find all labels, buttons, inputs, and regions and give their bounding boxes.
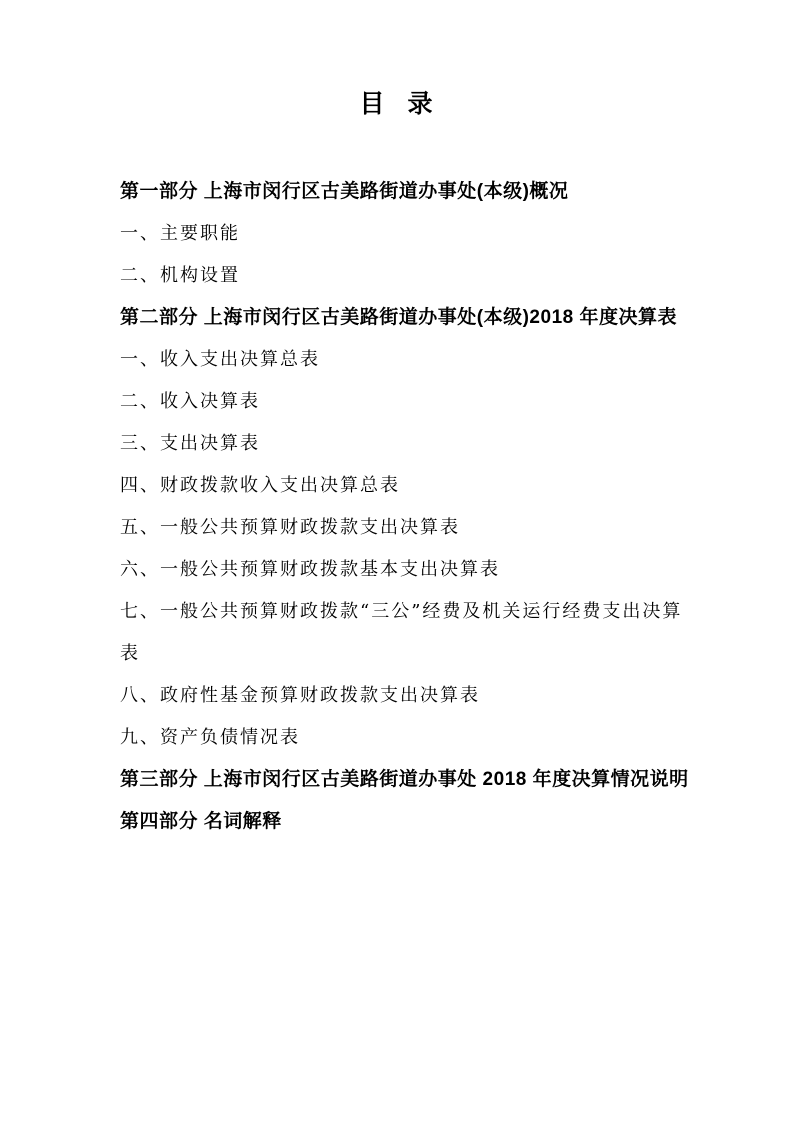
toc-part-1-item-2: 二、机构设置 [120, 255, 695, 297]
toc-part-2-item-5: 五、一般公共预算财政拨款支出决算表 [120, 507, 695, 549]
table-of-contents: 第一部分 上海市闵行区古美路街道办事处(本级)概况 一、主要职能 二、机构设置 … [120, 171, 695, 843]
toc-part-2-item-8: 八、政府性基金预算财政拨款支出决算表 [120, 675, 695, 717]
toc-part-2-item-6: 六、一般公共预算财政拨款基本支出决算表 [120, 549, 695, 591]
toc-part-2-item-7: 七、一般公共预算财政拨款“三公”经费及机关运行经费支出决算表 [120, 591, 695, 675]
toc-part-2-item-1: 一、收入支出决算总表 [120, 339, 695, 381]
toc-part-3-heading: 第三部分 上海市闵行区古美路街道办事处 2018 年度决算情况说明 [120, 759, 695, 801]
toc-part-4-heading: 第四部分 名词解释 [120, 801, 695, 843]
toc-part-1-item-1: 一、主要职能 [120, 213, 695, 255]
toc-part-2-item-4: 四、财政拨款收入支出决算总表 [120, 465, 695, 507]
toc-part-1-heading: 第一部分 上海市闵行区古美路街道办事处(本级)概况 [120, 171, 695, 213]
toc-part-2-heading: 第二部分 上海市闵行区古美路街道办事处(本级)2018 年度决算表 [120, 297, 695, 339]
page-title: 目 录 [0, 88, 793, 121]
toc-part-2-item-9: 九、资产负债情况表 [120, 717, 695, 759]
document-page: 目 录 第一部分 上海市闵行区古美路街道办事处(本级)概况 一、主要职能 二、机… [0, 0, 793, 1122]
toc-part-2-item-2: 二、收入决算表 [120, 381, 695, 423]
toc-part-2-item-3: 三、支出决算表 [120, 423, 695, 465]
